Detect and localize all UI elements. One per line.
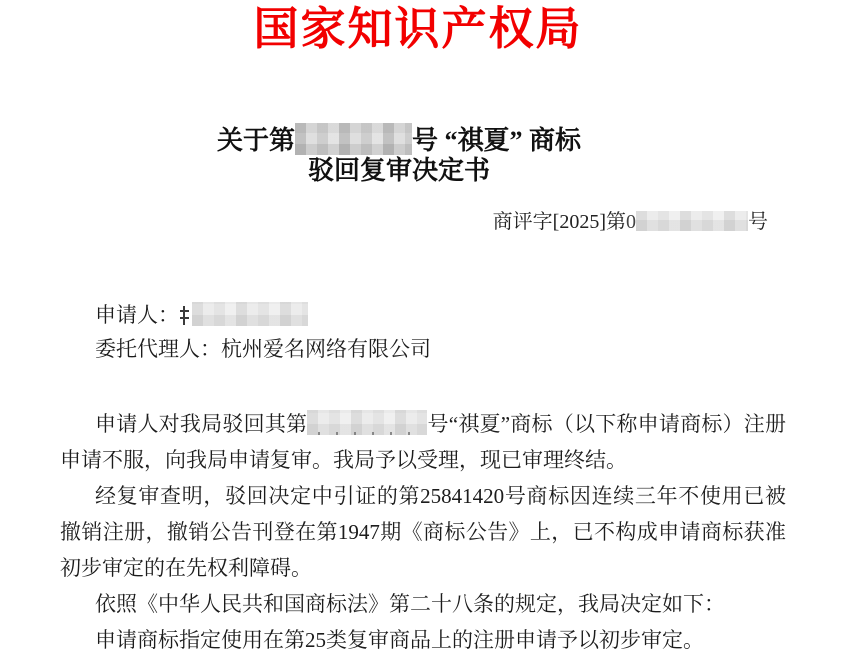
document-title: 关于第号 “祺夏” 商标 驳回复审决定书 (0, 123, 820, 186)
paragraph-2: 经复审查明，驳回决定中引证的第25841420号商标因连续三年不使用已被撤销注册… (60, 478, 786, 586)
agent-line: 委托代理人：杭州爱名网络有限公司 (60, 332, 786, 366)
redaction-body-application-number (307, 410, 427, 435)
paragraph-1: 申请人对我局驳回其第号“祺夏”商标（以下称申请商标）注册申请不服，向我局申请复审… (60, 406, 786, 478)
redaction-reference-number (636, 211, 748, 231)
paragraph-1-prefix: 申请人对我局驳回其第 (95, 412, 307, 436)
spacer (60, 366, 786, 406)
applicant-line: 申请人： (60, 298, 786, 332)
title-suffix-text: 号 “祺夏” 商标 (412, 126, 581, 155)
paragraph-4: 申请商标指定使用在第25类复审商品上的注册申请予以初步审定。 (60, 622, 786, 652)
document-title-line1: 关于第号 “祺夏” 商标 (0, 123, 820, 156)
reference-visible-digit: 0 (626, 211, 636, 233)
title-prefix-text: 关于第 (217, 126, 295, 155)
redaction-title-application-number (295, 123, 412, 155)
reference-suffix-text: 号 (748, 211, 768, 233)
document-body: 申请人： 委托代理人：杭州爱名网络有限公司 申请人对我局驳回其第号“祺夏”商标（… (60, 298, 786, 652)
paragraph-3: 依照《中华人民共和国商标法》第二十八条的规定，我局决定如下： (60, 586, 786, 622)
agent-label: 委托代理人： (95, 337, 221, 361)
agency-title: 国家知识产权局 (0, 6, 839, 51)
document-title-line2: 驳回复审决定书 (0, 156, 820, 186)
redaction-applicant-name (192, 302, 308, 326)
redacted-character-remnant (180, 306, 189, 325)
agent-name: 杭州爱名网络有限公司 (221, 337, 431, 361)
reference-prefix-text: 商评字[2025]第 (493, 211, 626, 233)
applicant-label: 申请人： (95, 303, 179, 327)
decision-document-page: 国家知识产权局 关于第号 “祺夏” 商标 驳回复审决定书 商评字[2025]第0… (0, 0, 842, 652)
reference-number-line: 商评字[2025]第0号 (0, 210, 842, 234)
